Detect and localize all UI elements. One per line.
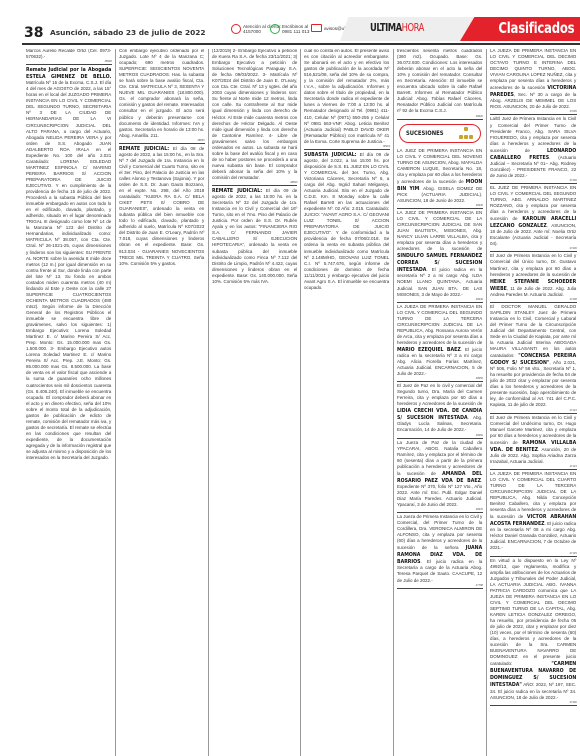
classified-ad: cual no consta en autos. El presente avi… [304,49,389,146]
ad-separator: 48950 [397,379,483,382]
header-rule [22,43,580,45]
classified-ad: EL JUEZ DE PRIMERA INSTANCIA EN LO CIVIL… [490,186,576,248]
ad-code: 48930 [476,204,483,207]
mail-icon [311,24,322,32]
classified-ad: REMATE JUDICIAL: El día 08 de agosto de … [119,146,204,268]
ad-code: 47125 [570,552,577,555]
classified-ad: La Jueza de Paz de la ciudad de YPACARAI… [397,441,482,510]
ad-separator: 48890 [212,183,298,186]
ad-separator: 47406 [490,249,577,252]
classified-ad: El Juez de Primera Instancia en lo Civil… [490,416,576,466]
ad-separator: 47125 [490,554,577,557]
ad-separator: 48910 [304,147,390,150]
classified-ad: LA JUEZA DE PRIMERA INSTANCIA EN LO CIVI… [490,472,576,553]
classified-ad: LA JUEZ DE PRIMERA INSTANCIA EN LO CIVIL… [397,149,482,205]
ad-code: 48890 [290,181,297,184]
ad-separator: 47400 [490,181,577,184]
contact-whatsapp-value: 0981 111 013 [282,29,309,34]
ad-code: 48860 [197,139,204,142]
classified-ad: LA JUEZA DE PRIMERA INSTANCIA EN LO CIVI… [490,49,576,111]
classified-ad: Marcos Aurelio Recalde Ortiz (Cel. 0973-… [26,49,111,61]
classified-ad: REMATE JUDICIAL: El día 09 de agosto de … [212,188,297,286]
family-tree-icon [458,127,474,140]
classified-ad: SUBASTA JUDICIAL: El día 09 de agosto, d… [304,152,389,292]
ad-separator: 47095 [490,112,577,115]
ad-separator: 47408 [490,300,577,303]
classified-ad: El Juez de Paz en lo civil y comercial d… [397,384,482,434]
column-2: Con embargo ejecutivo ordenado por el Ju… [116,49,209,756]
ultimahora-logo: ULTIMAHORA [370,22,424,34]
ad-separator: 48970 [397,510,483,513]
classified-ad: LA JUEZA DE PRIMERA INSTANCIA EN LO CIVI… [397,305,482,379]
ad-separator: 48960 [397,436,483,439]
phone-icon [231,24,241,34]
ad-code: 47095 [570,110,577,113]
ad-code: 47400 [570,179,577,182]
ad-code: 48950 [476,377,483,380]
section-label: SUCESIONES [406,130,444,137]
ad-separator: 48860 [119,141,205,144]
classifieds-columns: Marcos Aurelio Recalde Ortiz (Cel. 0973-… [23,49,580,756]
ad-separator: 47300 [490,703,577,706]
ad-separator: 47788 [397,586,483,589]
column-3: (12/2019) 2- Embargo Ejecutivo a petició… [209,49,302,756]
ad-code: 48970 [476,508,483,511]
whatsapp-icon [270,24,280,34]
page-header: 38 Asunción, sábado 23 de julio de 2022 … [0,0,580,46]
ad-separator: 47124 [490,411,577,414]
brand-banner: ULTIMAHORA Clasificados [340,17,580,41]
classified-ad: Remate Judicial por la Abogada ESTELA GI… [26,67,111,462]
page-date: Asunción, sábado 23 de julio de 2022 [50,28,206,37]
ad-code: 48920 [476,115,483,118]
classified-ad: Con embargo ejecutivo ordenado por el Ju… [119,49,204,140]
classified-ad: El DOCTOR MANUEL GERALDO SAPILDIN STANLE… [490,305,576,410]
page-number: 38 [24,25,43,41]
ad-separator: 47124 [490,467,577,470]
contact-phone-value: 4157000 [243,29,261,34]
ad-code: 47300 [570,701,577,704]
ad-code: 47406 [570,247,577,250]
section-red-band: Clasificados [460,17,580,41]
classified-ad: La/El Juez de Primera Instancia en lo Ci… [490,117,576,179]
ad-separator: 48920 [397,117,483,120]
column-6: LA JUEZA DE PRIMERA INSTANCIA EN LO CIVI… [487,49,580,756]
classified-ad: En virtud a lo dispuesto en la Ley Nº 49… [490,559,576,702]
ad-code: 48960 [476,434,483,437]
contact-whatsapp[interactable]: Escribinos al0981 111 013 [270,24,309,34]
column-4: cual no consta en autos. El presente avi… [301,49,394,756]
ad-code: 48938 [105,60,112,63]
classified-ad: LA JUEZ DE PRIMERA INSTANCIA EN LO CIVIL… [397,211,482,299]
ad-separator: 48930 [397,206,483,209]
classified-ad: (12/2019) 2- Embargo Ejecutivo a petició… [212,49,297,182]
ad-code: 47788 [476,584,483,587]
classified-ad: trescientos sesenta metros cuadrados (36… [397,49,482,116]
classified-ad: La Jueza de Primera Instancia en lo Civi… [397,515,482,585]
ad-code: 47124 [570,465,577,468]
ad-code: 48940 [476,298,483,301]
ad-code: 48910 [383,145,390,148]
ad-separator: 48938 [26,62,112,65]
ad-code: 47124 [570,409,577,412]
classified-ad: El Juez de Primera Instancia en lo Civil… [490,254,576,298]
ad-code: 47408 [570,298,577,301]
column-5: trescientos sesenta metros cuadrados (36… [394,49,487,756]
section-header-sucesiones: SUCESIONES [399,124,481,143]
section-title: Clasificados [498,19,574,37]
ad-separator: 48940 [397,300,483,303]
column-1: Marcos Aurelio Recalde Ortiz (Cel. 0973-… [23,49,116,756]
